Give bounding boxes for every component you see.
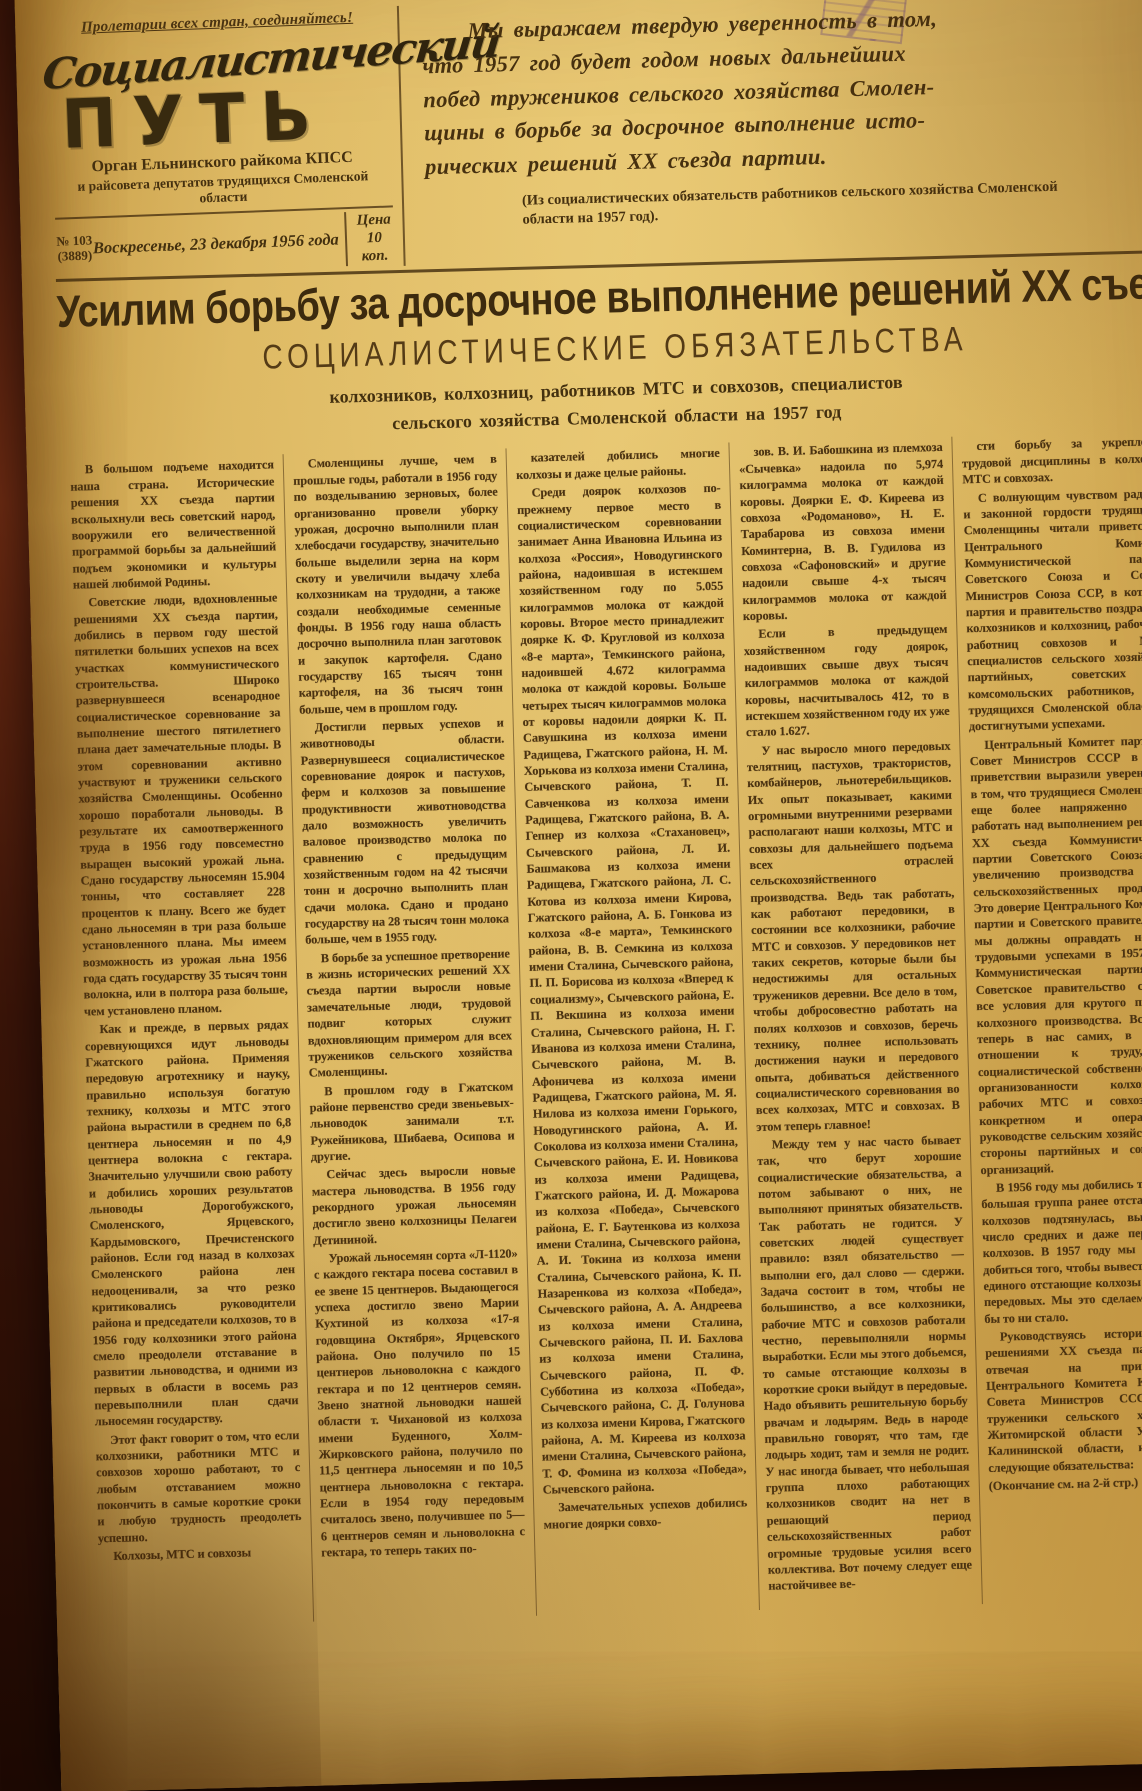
issue-date: Воскресенье, 23 декабря 1956 года [93, 229, 339, 258]
paragraph: Колхозы, МТС и совхозы [98, 1543, 302, 1565]
price-box: Цена 10 коп. [344, 210, 395, 266]
paragraph: зов. В. И. Бабошкина из племхоза «Сычевк… [738, 439, 947, 624]
paragraph: Как и прежде, в первых рядах соревнующих… [84, 1016, 299, 1430]
manifesto-lines: Мы выражаем твердую уверенность в том,чт… [421, 0, 1142, 184]
price-value: 10 коп. [361, 230, 388, 265]
masthead-row: Пролетарии всех стран, соединяйтесь! Соц… [49, 0, 1142, 282]
article-column-5: сти борьбу за укрепление трудовой дисцип… [952, 431, 1142, 1604]
paragraph: Руководствуясь историческими решениями X… [985, 1324, 1142, 1476]
paragraph: С волнующим чувством радости и законной … [963, 485, 1142, 735]
issue-serial: (3889) [57, 247, 92, 263]
newspaper-page: Пролетарии всех стран, соединяйтесь! Соц… [14, 0, 1142, 1791]
newspaper-photo: Пролетарии всех стран, соединяйтесь! Соц… [0, 0, 1142, 1791]
paragraph: Урожай льносемян сорта «Л-1120» с каждог… [313, 1245, 525, 1561]
paragraph: Советские люди, вдохновленные решениями … [73, 590, 288, 1020]
paragraph: Центральный Комитет партии и Совет Минис… [969, 732, 1142, 1178]
article-column-2: Смоленщины лучше, чем в прошлые годы, ра… [284, 449, 537, 1622]
paragraph: сти борьбу за укрепление трудовой дисцип… [961, 433, 1142, 487]
continuation-note: (Окончание см. на 2-й стр.) [989, 1473, 1142, 1495]
paragraph: Сейчас здесь выросли новые мастера льнов… [311, 1162, 517, 1249]
manifesto-quote: Мы выражаем твердую уверенность в том,чт… [413, 0, 1142, 265]
paragraph: Смоленщины лучше, чем в прошлые годы, ра… [293, 451, 504, 718]
article-column-3: казателей добились многие колхозы и даже… [506, 443, 759, 1616]
manifesto-attribution: (Из социалистических обязательств работн… [522, 177, 1083, 231]
newspaper-title-caps: ПУТЬ [61, 82, 391, 158]
article-column-4: зов. В. И. Бабошкина из племхоза «Сычевк… [729, 437, 982, 1610]
paragraph: казателей добились многие колхозы и даже… [516, 445, 721, 483]
paragraph: Если в предыдущем хозяйственном году доя… [743, 621, 950, 741]
paragraph: В прошлом году в Гжатском районе первенс… [309, 1078, 515, 1165]
paragraph: В 1956 году мы добились того, что больша… [981, 1175, 1142, 1327]
paragraph: Между тем у нас часто бывает так, что бе… [757, 1132, 973, 1595]
masthead: Пролетарии всех стран, соединяйтесь! Соц… [48, 1, 395, 277]
paragraph: У нас выросло много передовых телятниц, … [746, 737, 960, 1134]
paragraph: Этот факт говорит о том, что если колхоз… [95, 1427, 302, 1547]
paragraph: В большом подъеме находится наша страна.… [70, 457, 277, 593]
paragraph: Среди доярок колхозов по-прежнему первое… [516, 480, 746, 1498]
issue-row: № 103 (3889) Воскресенье, 23 декабря 195… [55, 205, 395, 276]
paragraph: Замечательных успехов добились многие до… [543, 1495, 748, 1533]
paragraph: Достигли первых успехов и животноводы об… [300, 714, 510, 948]
article-column-1: В большом подъеме находится наша страна.… [61, 455, 314, 1628]
paragraph: В борьбе за успешное претворение в жизнь… [306, 945, 513, 1081]
article-body: В большом подъеме находится наша страна.… [61, 431, 1142, 1628]
price-label: Цена [356, 211, 391, 228]
issue-number: № 103 (3889) [56, 234, 94, 264]
